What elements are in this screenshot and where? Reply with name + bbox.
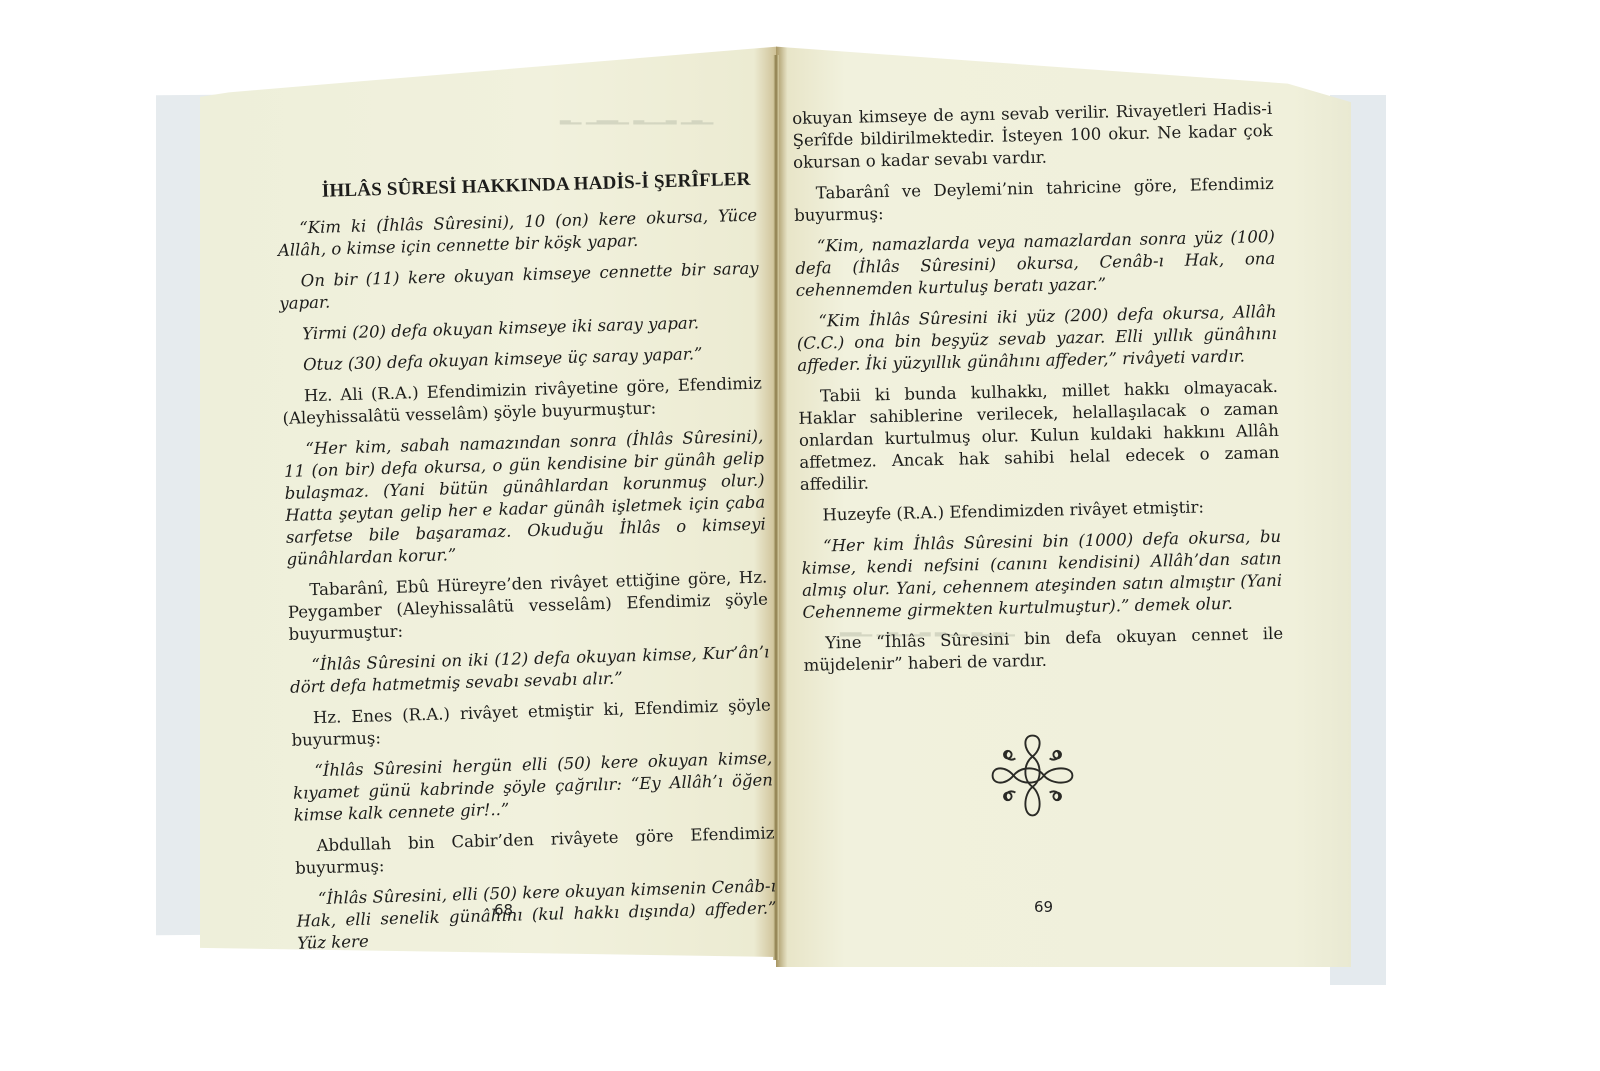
paragraph: On bir (11) kere okuyan kimseye cennette… xyxy=(278,258,759,315)
paragraph: “Kim, namazlarda veya namazlardan sonra … xyxy=(795,226,1276,302)
paragraph: Tabarânî ve Deylemi’nin tahricine göre, … xyxy=(794,173,1275,227)
paragraph: Huzeyfe (R.A.) Efendimizden rivâyet etmi… xyxy=(800,495,1280,527)
paragraph: Hz. Ali (R.A.) Efendimizin rivâyetine gö… xyxy=(282,373,763,430)
paragraph: Tabarânî, Ebû Hüreyre’den rivâyet ettiği… xyxy=(287,566,769,645)
paragraph: “Kim İhlâs Sûresini iki yüz (200) defa o… xyxy=(796,301,1277,377)
open-book: ▁▂▁ ▂▁▁▂ ▁▂▂▁ ▁▂ ▁▂▁▂ ▁▁▂ ▂▁▁▂▁ ▁▂▂ İHLÂ… xyxy=(0,0,1600,1071)
paragraph: Otuz (30) defa okuyan kimseye üç saray y… xyxy=(281,342,761,377)
page-number-right: 69 xyxy=(1034,898,1053,916)
paragraph: “İhlâs Sûresini, elli (50) kere okuyan k… xyxy=(296,875,778,954)
paragraph: okuyan kimseye de aynı sevab verilir. Ri… xyxy=(792,98,1273,174)
paragraph: “Kim ki (İhlâs Sûresini), 10 (on) kere o… xyxy=(277,205,758,262)
paragraph: “İhlâs Sûresini on iki (12) defa okuyan … xyxy=(289,641,770,698)
paragraph: Yine “İhlâs Sûresini bin defa okuyan cen… xyxy=(803,623,1284,677)
paragraph: Abdullah bin Cabir’den rivâyete göre Efe… xyxy=(294,822,775,879)
left-page-text: İHLÂS SÛRESİ HAKKINDA HADİS-İ ŞERÎFLER “… xyxy=(276,169,778,964)
paragraph: “Her kim İhlâs Sûresini bin (1000) defa … xyxy=(801,526,1283,624)
page-number-left: 68 xyxy=(494,901,513,919)
paragraph: “İhlâs Sûresini hergün elli (50) kere ok… xyxy=(292,747,774,826)
paragraph: Tabii ki bunda kulhakkı, millet hakkı ol… xyxy=(798,376,1280,496)
paragraph: Hz. Enes (R.A.) rivâyet etmiştir ki, Efe… xyxy=(291,694,772,751)
paragraph: Yirmi (20) defa okuyan kimseye iki saray… xyxy=(280,311,760,346)
show-through-text: ▁▂▁ ▂▁▁▂ ▁▂▂▁ ▁▂ xyxy=(560,108,713,126)
celtic-knot-ornament-icon xyxy=(985,728,1080,823)
right-page-text: okuyan kimseye de aynı sevab verilir. Ri… xyxy=(792,98,1284,686)
paragraph: “Her kim, sabah namazından sonra (İhlâs … xyxy=(283,425,766,570)
